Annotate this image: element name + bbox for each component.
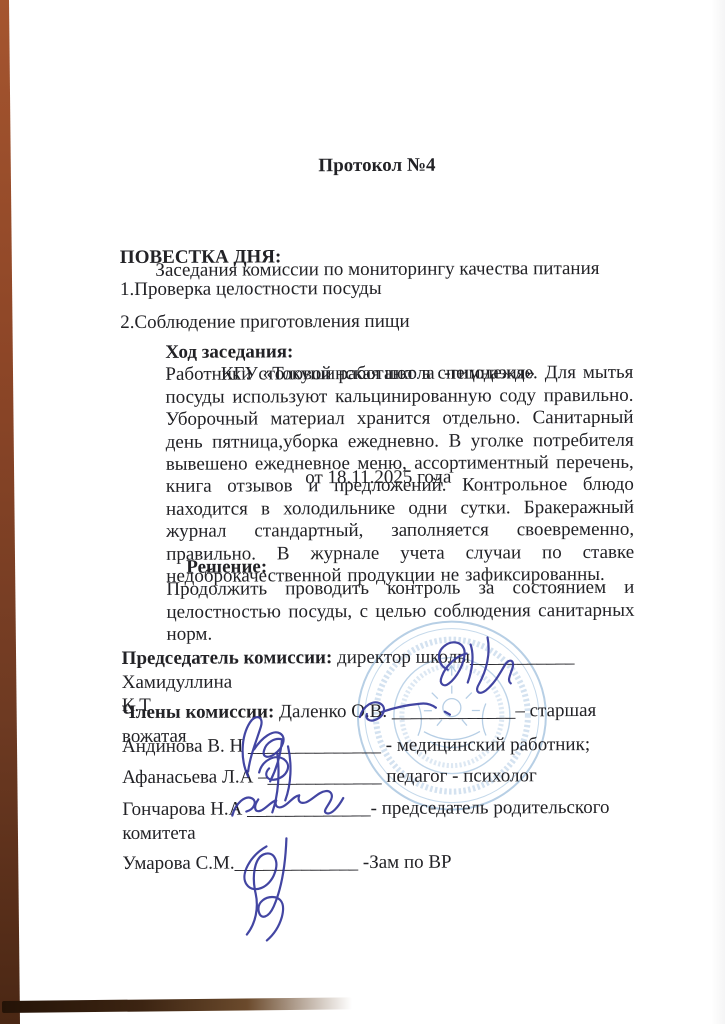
decision-body: Продолжить проводить контроль за состоян… [166,577,634,646]
agenda-item: 2.Соблюдение приготовления пищи [120,305,640,340]
chairman-name: Хамидуллина [122,671,233,692]
agenda-item: 1.Проверка целостности посуды [120,272,640,307]
agenda-section: ПОВЕСТКА ДНЯ: 1.Проверка целостности пос… [120,240,640,339]
scanned-document-photo: { "document": { "title": "Протокол №4", … [0,0,725,1024]
signature-line: ____________ [267,766,381,787]
signature-line: _____________ [392,700,516,722]
member-role: - медицинский работник; [386,734,590,756]
decision-heading: Решение: [186,555,634,579]
decision-section: Решение: Продолжить проводить контроль з… [166,555,634,647]
document-content: Протокол №4 Заседания комиссии по монито… [0,0,723,2]
agenda-heading: ПОВЕСТКА ДНЯ: [120,240,640,275]
member-name: Афанасьева Л.А – [122,766,267,788]
proceedings-heading: Ход заседания: [165,340,633,364]
photo-frame: Протокол №4 Заседания комиссии по монито… [0,0,725,1024]
signature-line: _____________ [235,852,359,874]
member-signature-row: Афанасьева Л.А –____________ педагог - п… [122,764,642,790]
signature-line: ______________ [248,735,381,757]
member-role: -Зам по ВР [363,852,452,873]
paper-sheet: Протокол №4 Заседания комиссии по монито… [0,0,725,1024]
signature-line: ___________ [470,646,575,667]
signature-line: _____________ [247,798,371,820]
proceedings-section: Ход заседания: Работники столовой работа… [165,340,634,589]
member-signature-row: Андинова В. Н ______________ - медицинск… [122,733,642,759]
member-name: Умарова С.М. [122,853,234,874]
doc-title: Протокол №4 [120,148,633,185]
members-label: Члены комиссии: [122,701,274,723]
chairman-label: Председатель комиссии: [122,647,333,669]
member-signature-row: Гончарова Н.А _____________- председател… [122,796,642,845]
member-name: Андинова В. Н [122,736,243,758]
member-name: Даленко О.В. [279,701,387,722]
member-role: педагог - психолог [386,765,537,787]
chairman-role: директор школы [337,647,470,669]
member-name: Гончарова Н.А [122,799,242,821]
member-signature-row: Умарова С.М._____________ -Зам по ВР [122,850,642,876]
